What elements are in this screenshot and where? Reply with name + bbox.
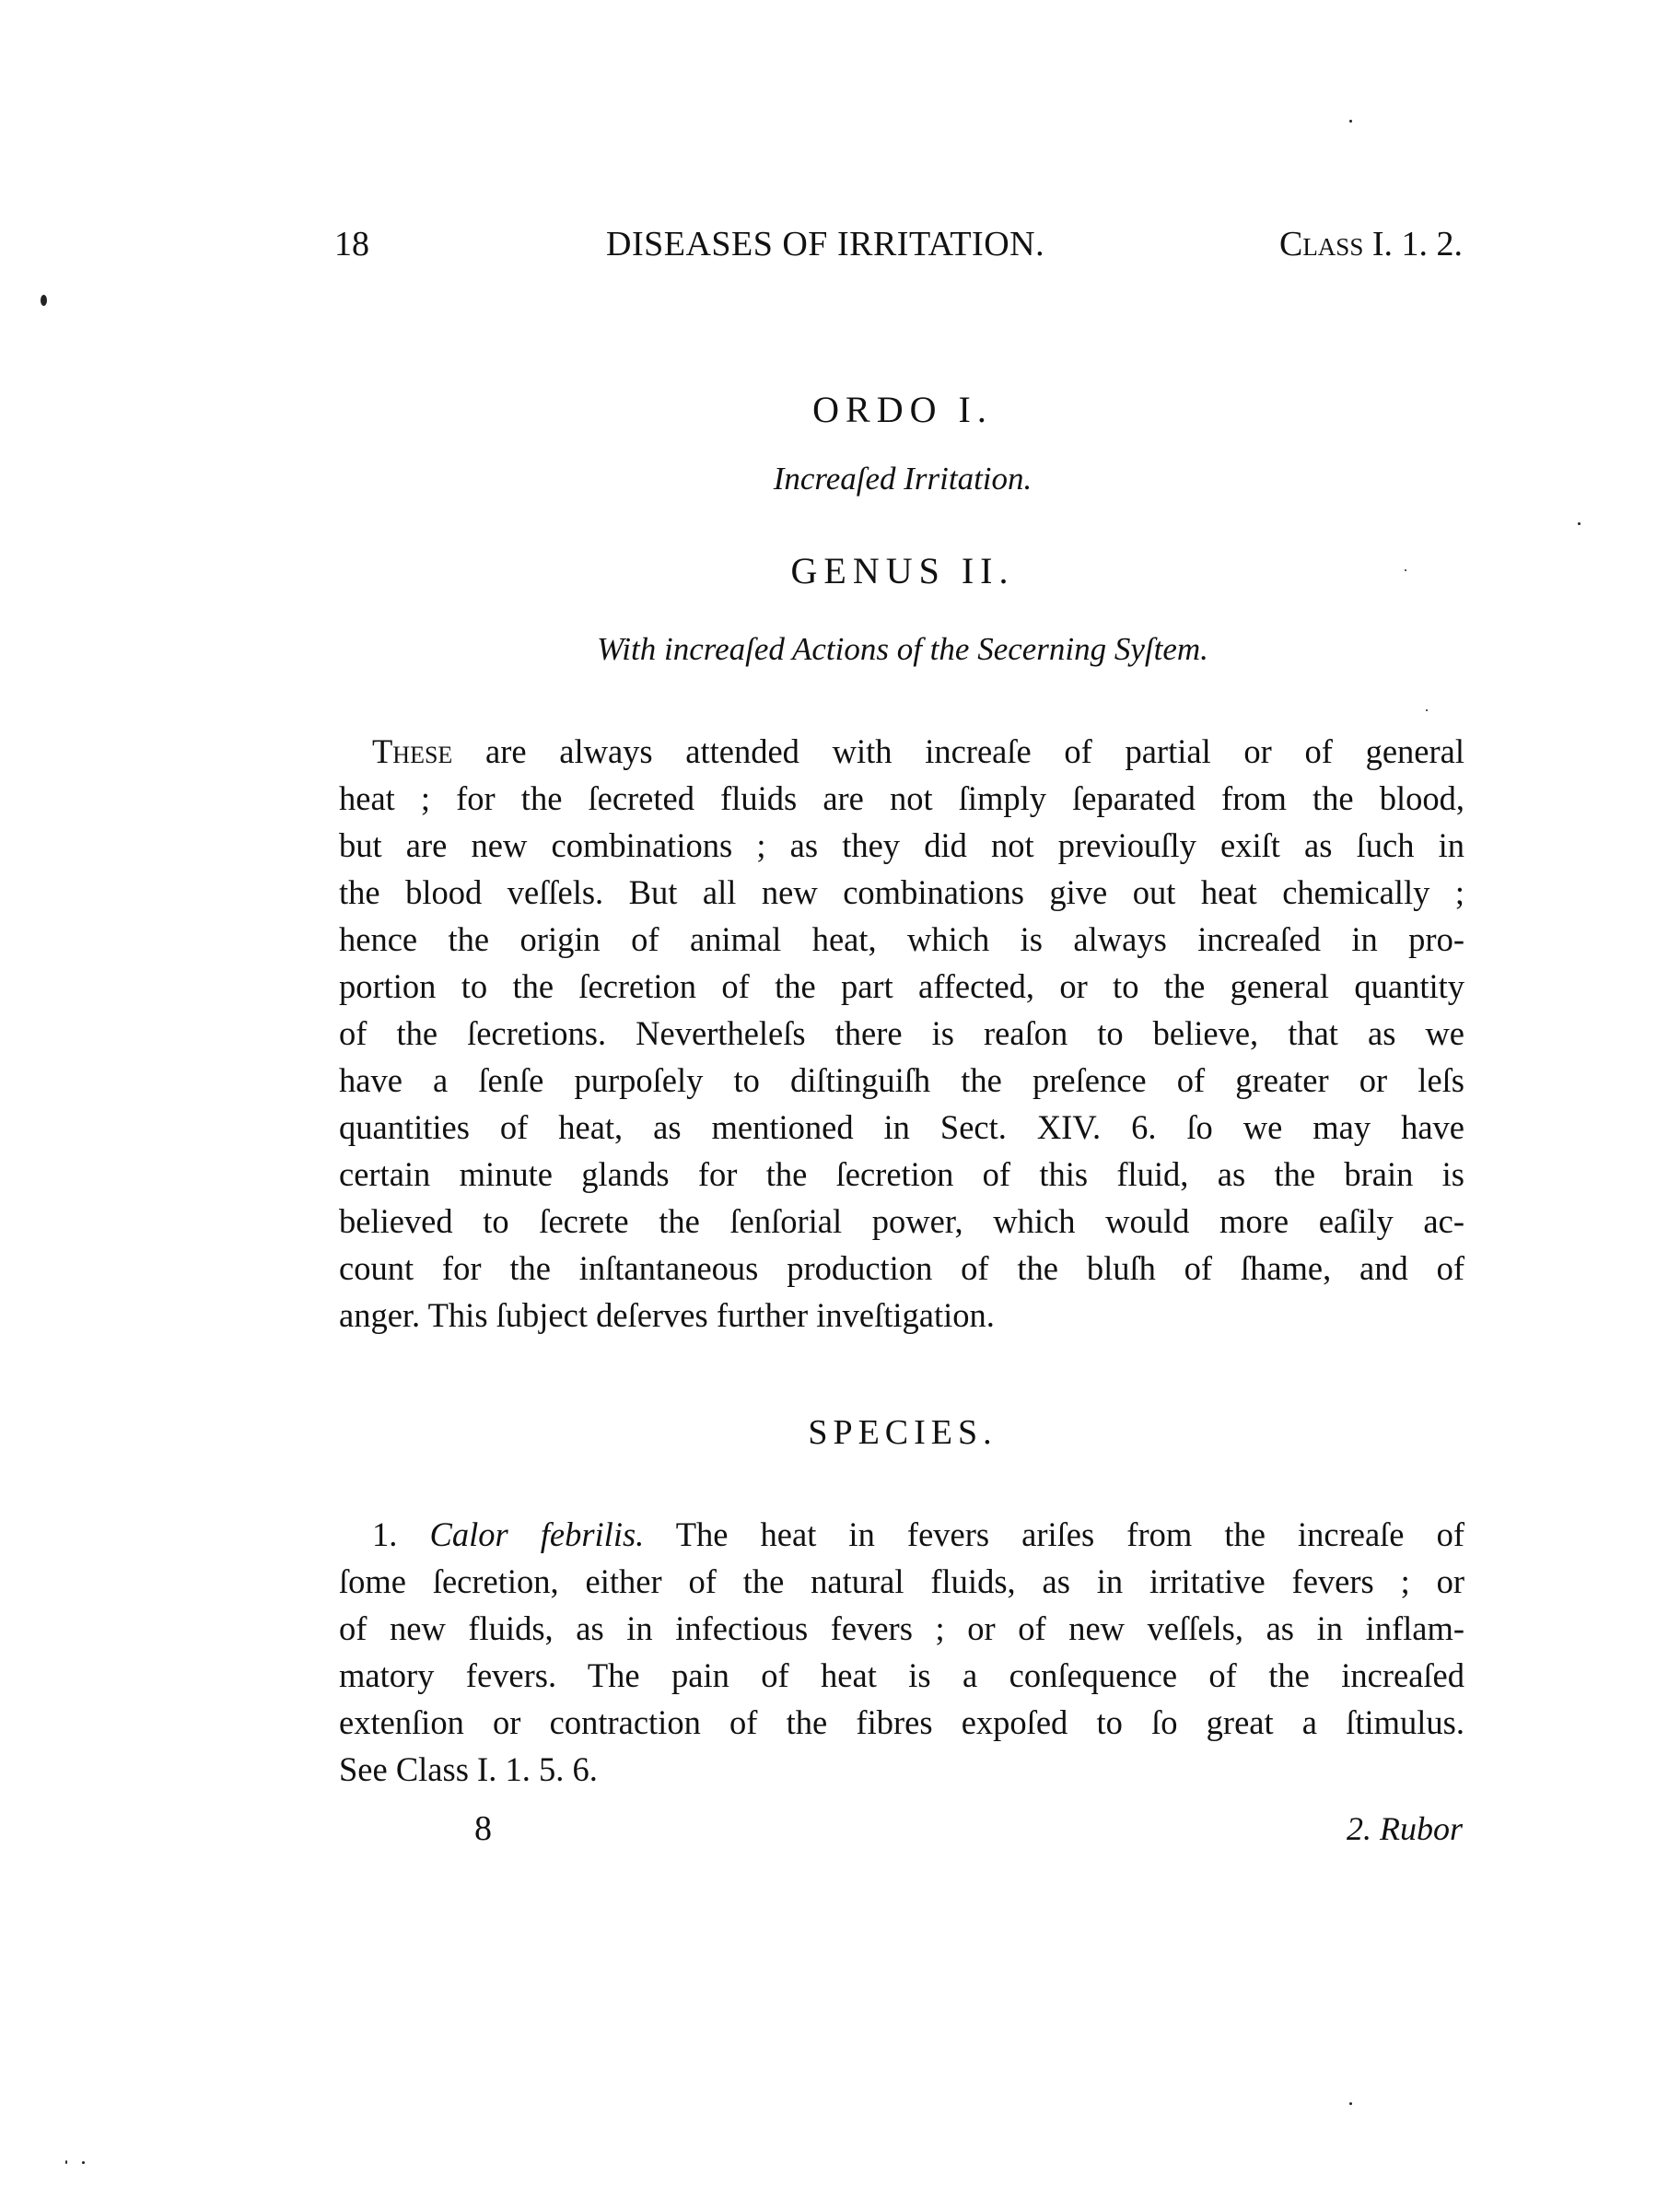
paragraph-line: but are new combinations ; as they did n… <box>339 822 1464 869</box>
scan-speck <box>1426 709 1428 711</box>
paragraph-line: 1. Calor febrilis. The heat in fevers ar… <box>339 1511 1464 1558</box>
scan-speck <box>1349 2102 1352 2105</box>
class-reference: Class I. 1. 2. <box>1279 221 1463 267</box>
paragraph-line: count for the inſtantaneous production o… <box>339 1245 1464 1292</box>
page-number: 18 <box>334 221 369 267</box>
species-name: Calor febrilis. <box>429 1515 644 1553</box>
species-heading: SPECIES. <box>0 1410 1680 1456</box>
paragraph-line: extenſion or contraction of the fibres e… <box>339 1699 1464 1746</box>
paragraph-line: portion to the ſecretion of the part aff… <box>339 963 1464 1010</box>
paragraph-line: hence the origin of animal heat, which i… <box>339 916 1464 963</box>
paragraph-line: believed to ſecrete the ſenſorial power,… <box>339 1198 1464 1245</box>
lead-word: These <box>372 732 452 770</box>
running-title: DISEASES OF IRRITATION. <box>606 221 1044 267</box>
paragraph-line: heat ; for the ſecreted fluids are not ſ… <box>339 775 1464 822</box>
scan-speck <box>1405 569 1406 571</box>
paragraph-line: quantities of heat, as mentioned in Sect… <box>339 1104 1464 1151</box>
ordo-subtitle: Increaſed Irritation. <box>0 456 1680 502</box>
scan-speck <box>1578 522 1581 525</box>
paragraph-line: of new fluids, as in infectious fevers ;… <box>339 1605 1464 1652</box>
species-number: 1. <box>372 1515 397 1553</box>
signature-mark: 8 <box>474 1806 492 1852</box>
paragraph-line: anger. This ſubject deſerves further inv… <box>339 1292 1464 1339</box>
paragraph-line: the blood veſſels. But all new combinati… <box>339 869 1464 916</box>
ordo-heading: ORDO I. <box>0 387 1680 433</box>
intro-paragraph: These are always attended with increaſe … <box>339 728 1464 1339</box>
paragraph-line: ſome ſecretion, either of the natural fl… <box>339 1558 1464 1605</box>
paragraph-line: matory fevers. The pain of heat is a con… <box>339 1652 1464 1699</box>
scan-speck <box>41 295 47 306</box>
paragraph-line: These are always attended with increaſe … <box>339 728 1464 775</box>
paragraph-line: of the ſecretions. Nevertheleſs there is… <box>339 1010 1464 1057</box>
running-header: 18 DISEASES OF IRRITATION. Class I. 1. 2… <box>334 221 1463 267</box>
catchword: 2. Rubor <box>1347 1806 1463 1852</box>
paragraph-line: See Class I. 1. 5. 6. <box>339 1746 1464 1793</box>
genus-subtitle: With increaſed Actions of the Secerning … <box>0 626 1680 673</box>
genus-heading: GENUS II. <box>0 548 1680 594</box>
paragraph-line: certain minute glands for the ſecretion … <box>339 1151 1464 1198</box>
scan-speck <box>1349 120 1352 123</box>
species-item: 1. Calor febrilis. The heat in fevers ar… <box>339 1511 1464 1793</box>
scan-speck <box>82 2161 85 2164</box>
paragraph-line: have a ſenſe purpoſely to diſtinguiſh th… <box>339 1057 1464 1104</box>
scan-speck <box>65 2160 67 2164</box>
